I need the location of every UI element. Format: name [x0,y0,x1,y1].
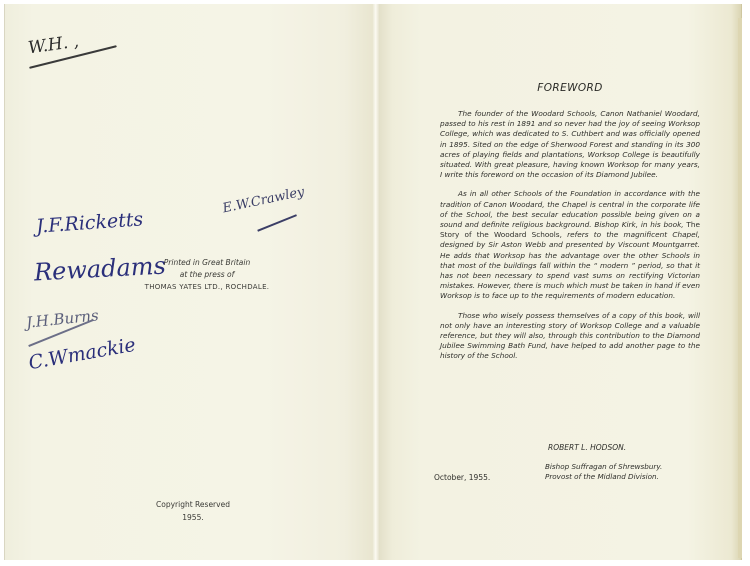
book-spine [372,4,380,560]
copyright-line: Copyright Reserved [138,498,248,511]
imprint-line: at the press of [132,269,282,281]
foreword-title: FOREWORD [440,82,700,94]
signatory-title: Provost of the Midland Division. [545,472,662,482]
foreword-paragraph: As in all other Schools of the Foundatio… [440,189,700,301]
copyright-year: 1955. [138,511,248,524]
signatory-title: Bishop Suffragan of Shrewsbury. [545,462,662,472]
foreword-section: FOREWORD The founder of the Woodard Scho… [440,82,700,371]
signatory-titles: Bishop Suffragan of Shrewsbury. Provost … [545,462,662,482]
imprint-line: Printed in Great Britain [132,257,282,269]
foreword-paragraph: The founder of the Woodard Schools, Cano… [440,109,700,180]
printer-imprint: Printed in Great Britain at the press of… [132,257,282,293]
foreword-date: October, 1955. [434,473,490,482]
page-edge [738,18,742,558]
open-booklet: W.H. , J.F.Ricketts Rewadams J.H.Burns C… [0,0,750,566]
imprint-printer: THOMAS YATES LTD., ROCHDALE. [132,281,282,293]
paragraph-text: refers to the magnificent Chapel, design… [440,230,700,300]
paragraph-text: As in all other Schools of the Foundatio… [440,189,700,229]
foreword-paragraph: Those who wisely possess themselves of a… [440,311,700,362]
copyright-notice: Copyright Reserved 1955. [138,498,248,524]
signatory-name: ROBERT L. HODSON. [548,443,626,452]
